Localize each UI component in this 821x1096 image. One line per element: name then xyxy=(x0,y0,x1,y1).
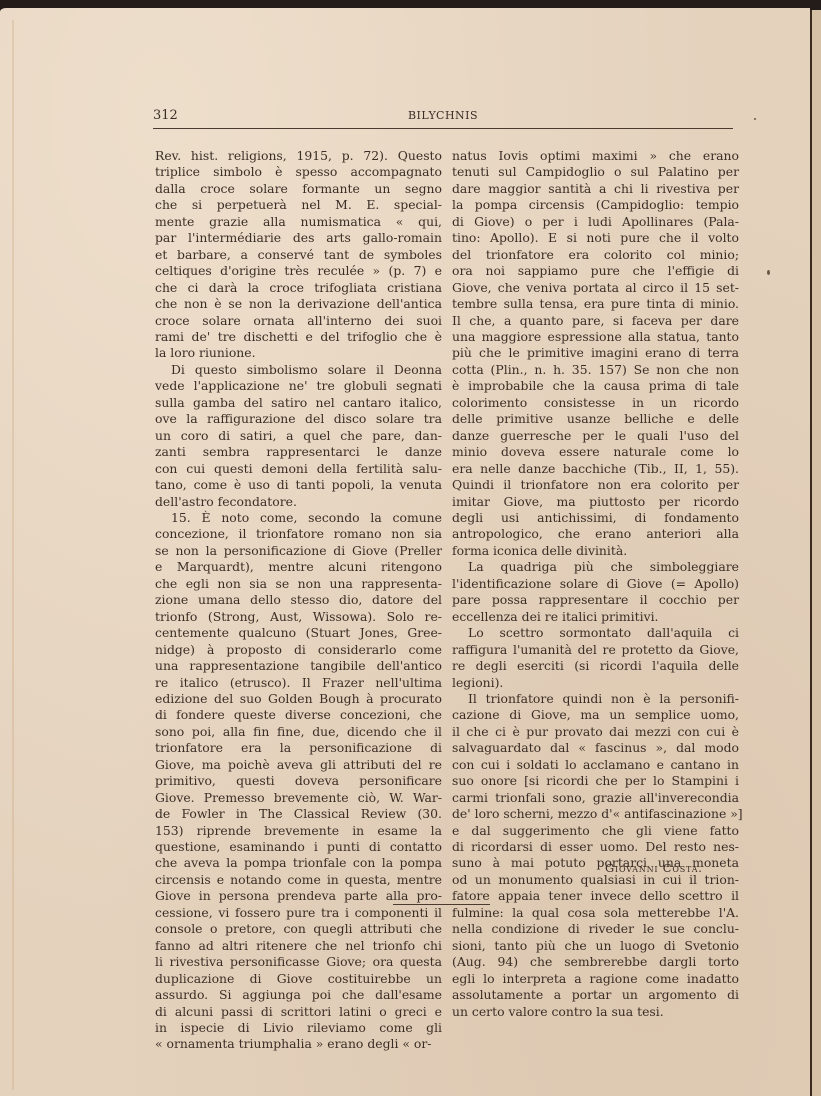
text-line: che non è se non la derivazione dell'ant… xyxy=(155,296,442,312)
text-line: che egli non sia se non una rappresenta- xyxy=(155,576,442,592)
text-line: minio doveva essere naturale come lo xyxy=(452,444,739,460)
text-line: duplicazione di Giove costituirebbe un xyxy=(155,971,442,987)
text-line: de Fowler in The Classical Review (30. xyxy=(155,806,442,822)
text-line: se non la personificazione di Giove (Pre… xyxy=(155,543,442,559)
page-fold xyxy=(12,20,14,1090)
text-line: salvaguardato dal « fascinus », dal modo xyxy=(452,740,739,756)
text-line: li rivestiva personificasse Giove; ora q… xyxy=(155,954,442,970)
text-line: dare maggior santità a chi li rivestiva … xyxy=(452,181,739,197)
text-line: era nelle danze bacchiche (Tib., II, 1, … xyxy=(452,461,739,477)
text-line: con cui i soldati lo acclamano e cantano… xyxy=(452,757,739,773)
text-line: celtiques d'origine très reculée » (p. 7… xyxy=(155,263,442,279)
text-line: un certo valore contro la sua tesi. xyxy=(452,1004,739,1020)
text-line: il che ci è pur provato dai mezzi con cu… xyxy=(452,724,739,740)
text-line: circensis e notando come in questa, ment… xyxy=(155,872,442,888)
text-line: sono poi, alla fin fine, due, dicendo ch… xyxy=(155,724,442,740)
right-column: natus Iovis optimi maximi » che eranoten… xyxy=(452,148,739,1020)
text-line: di ricordarsi di esser uomo. Del resto n… xyxy=(452,839,739,855)
text-line: trionfo (Strong, Aust, Wissowa). Solo re… xyxy=(155,609,442,625)
text-line: de' loro scherni, mezzo d'« antifascinaz… xyxy=(452,806,739,822)
paper-speck xyxy=(767,270,770,275)
text-line: sioni, tanto più che un luogo di Svetoni… xyxy=(452,938,739,954)
text-line: Giove. Premesso brevemente ciò, W. War- xyxy=(155,790,442,806)
text-line: che ci darà la croce trifogliata cristia… xyxy=(155,280,442,296)
text-line: antropologico, che erano anteriori alla xyxy=(452,526,739,542)
text-line: tino: Apollo). E si noti pure che il vol… xyxy=(452,230,739,246)
text-line: la loro riunione. xyxy=(155,345,442,361)
text-line: rami de' tre dischetti e del trifoglio c… xyxy=(155,329,442,345)
text-line: nella condizione di riveder le sue concl… xyxy=(452,921,739,937)
text-line: di fondere queste diverse concezioni, ch… xyxy=(155,707,442,723)
text-line: 15. È noto come, secondo la comune xyxy=(155,510,442,526)
text-line: è improbabile che la causa prima di tale xyxy=(452,378,739,394)
text-line: fatore appaia tener invece dello scettro… xyxy=(452,888,739,904)
running-title: BILYCHNIS xyxy=(153,109,733,122)
text-line: zanti sembra rappresentarci le danze xyxy=(155,444,442,460)
text-line: raffigura l'umanità del re protetto da G… xyxy=(452,642,739,658)
left-column: Rev. hist. religions, 1915, p. 72). Ques… xyxy=(155,148,442,1053)
text-line: questione, esaminando i punti di contatt… xyxy=(155,839,442,855)
text-line: colorimento consistesse in un ricordo xyxy=(452,395,739,411)
text-line: dalla croce solare formante un segno xyxy=(155,181,442,197)
text-line: Lo scettro sormontato dall'aquila ci xyxy=(452,625,739,641)
text-line: assolutamente a portar un argomento di xyxy=(452,987,739,1003)
text-line: degli usi antichissimi, di fondamento xyxy=(452,510,739,526)
text-line: Quindi il trionfatore non era colorito p… xyxy=(452,477,739,493)
text-line: cessione, vi fossero pure tra i componen… xyxy=(155,905,442,921)
text-line: delle primitive usanze belliche e delle xyxy=(452,411,739,427)
text-line: con cui questi demoni della fertilità sa… xyxy=(155,461,442,477)
text-line: Il che, a quanto pare, si faceva per dar… xyxy=(452,313,739,329)
text-line: vede l'applicazione ne' tre globuli segn… xyxy=(155,378,442,394)
text-line: più che le primitive imagini erano di te… xyxy=(452,345,739,361)
text-line: l'identificazione solare di Giove (= Apo… xyxy=(452,576,739,592)
text-line: la pompa circensis (Campidoglio: tempio xyxy=(452,197,739,213)
text-line: Giove, ma poichè aveva gli attributi del… xyxy=(155,757,442,773)
text-line: di alcuni passi di scrittori latini o gr… xyxy=(155,1004,442,1020)
text-line: un coro di satiri, a quel che pare, dan- xyxy=(155,428,442,444)
text-line: Di questo simbolismo solare il Deonna xyxy=(155,362,442,378)
text-line: (Aug. 94) che sembrerebbe dargli torto xyxy=(452,954,739,970)
text-line: « ornamenta triumphalia » erano degli « … xyxy=(155,1036,442,1052)
text-line: ove la raffigurazione del disco solare t… xyxy=(155,411,442,427)
text-line: sulla gamba del satiro nel cantaro itali… xyxy=(155,395,442,411)
text-line: assurdo. Si aggiunga poi che dall'esame xyxy=(155,987,442,1003)
text-line: in ispecie di Livio rileviamo come gli xyxy=(155,1020,442,1036)
text-line: del trionfatore era colorito col minio; xyxy=(452,247,739,263)
text-line: legioni). xyxy=(452,675,739,691)
text-line: primitivo, questi doveva personificare xyxy=(155,773,442,789)
text-line: natus Iovis optimi maximi » che erano xyxy=(452,148,739,164)
text-line: danze guerresche per le quali l'uso del xyxy=(452,428,739,444)
text-line: dell'astro fecondatore. xyxy=(155,494,442,510)
text-line: re degli eserciti (si ricordi l'aquila d… xyxy=(452,658,739,674)
page-header: 312 BILYCHNIS xyxy=(153,108,733,129)
text-line: Rev. hist. religions, 1915, p. 72). Ques… xyxy=(155,148,442,164)
text-line: carmi trionfali sono, grazie all'inverec… xyxy=(452,790,739,806)
text-line: tembre sulla tensa, era pure tinta di mi… xyxy=(452,296,739,312)
text-line: centemente qualcuno (Stuart Jones, Gree- xyxy=(155,625,442,641)
text-line: e dal suggerimento che gli viene fatto xyxy=(452,823,739,839)
text-line: imitar Giove, ma piuttosto per ricordo xyxy=(452,494,739,510)
page-edge xyxy=(810,10,821,1096)
text-line: triplice simbolo è spesso accompagnato xyxy=(155,164,442,180)
text-line: cazione di Giove, ma un semplice uomo, xyxy=(452,707,739,723)
text-line: trionfatore era la personificazione di xyxy=(155,740,442,756)
text-line: console o pretore, con quegli attributi … xyxy=(155,921,442,937)
text-line: Giove, che veniva portata al circo il 15… xyxy=(452,280,739,296)
text-line: La quadriga più che simboleggiare xyxy=(452,559,739,575)
text-line: pare possa rappresentare il cocchio per xyxy=(452,592,739,608)
text-line: tano, come è uso di tanti popoli, la ven… xyxy=(155,477,442,493)
text-line: mente grazie alla numismatica « qui, xyxy=(155,214,442,230)
text-line: tenuti sul Campidoglio o sul Palatino pe… xyxy=(452,164,739,180)
text-line: eccellenza dei re italici primitivi. xyxy=(452,609,739,625)
text-line: re italico (etrusco). Il Frazer nell'ult… xyxy=(155,675,442,691)
text-line: fulmine: la qual cosa sola metterebbe l'… xyxy=(452,905,739,921)
text-line: et barbare, a conservé tant de symboles xyxy=(155,247,442,263)
text-line: di Giove) o per i ludi Apollinares (Pala… xyxy=(452,214,739,230)
paper-speck xyxy=(754,118,756,120)
text-line: suo onore [si ricordi che per lo Stampin… xyxy=(452,773,739,789)
text-line: e Marquardt), mentre alcuni ritengono xyxy=(155,559,442,575)
text-line: che si perpetuerà nel M. E. special- xyxy=(155,197,442,213)
text-line: Giove in persona prendeva parte alla pro… xyxy=(155,888,442,904)
text-line: una rappresentazione tangibile dell'anti… xyxy=(155,658,442,674)
text-line: concezione, il trionfatore romano non si… xyxy=(155,526,442,542)
text-line: egli lo interpreta a ragione come inadat… xyxy=(452,971,739,987)
text-line: che aveva la pompa trionfale con la pomp… xyxy=(155,855,442,871)
text-line: zione umana dello stesso dio, datore del xyxy=(155,592,442,608)
text-line: ora noi sappiamo pure che l'effigie di xyxy=(452,263,739,279)
text-line: Il trionfatore quindi non è la personifi… xyxy=(452,691,739,707)
text-line: nidge) à proposto di considerarlo come xyxy=(155,642,442,658)
text-line: par l'intermédiarie des arts gallo-romai… xyxy=(155,230,442,246)
text-line: una maggiore espressione alla statua, ta… xyxy=(452,329,739,345)
end-rule xyxy=(393,904,490,905)
text-line: cotta (Plin., n. h. 35. 157) Se non che … xyxy=(452,362,739,378)
text-line: forma iconica delle divinità. xyxy=(452,543,739,559)
text-line: 153) riprende brevemente in esame la xyxy=(155,823,442,839)
text-line: edizione del suo Golden Bough à procurat… xyxy=(155,691,442,707)
text-line: croce solare ornata all'interno dei suoi xyxy=(155,313,442,329)
text-line: fanno ad altri ritenere che nel trionfo … xyxy=(155,938,442,954)
author-signature: Giovanni Costa. xyxy=(605,861,703,875)
